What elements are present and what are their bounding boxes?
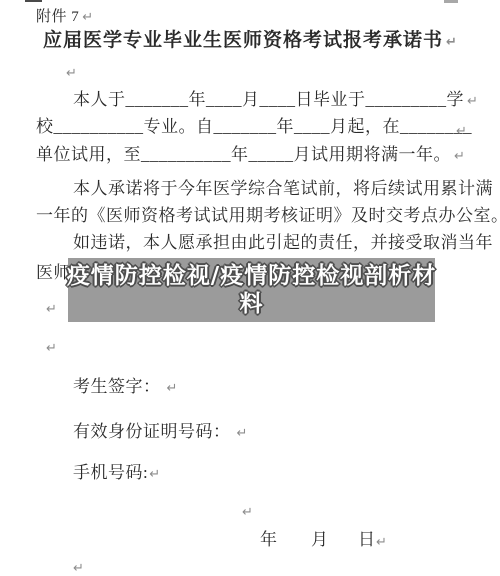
paragraph-return-icon: ↵ xyxy=(376,533,387,553)
paragraph-return-icon: ↵ xyxy=(46,302,57,317)
body-line: 本人于_______年____月____日毕业于_________学↵ xyxy=(73,90,478,112)
body-line-text: 如违诺，本人愿承担由此引起的责任，并接受取消当年 xyxy=(73,233,493,252)
paragraph-return-icon: ↵ xyxy=(242,505,253,520)
signature-field-label: 考生签字：↵ xyxy=(73,377,177,399)
paragraph-return-icon: ↵ xyxy=(446,35,457,50)
paragraph-return-icon: ↵ xyxy=(167,381,178,396)
id-number-label-text: 有效身份证明号码： xyxy=(73,422,231,441)
paragraph-return-icon: ↵ xyxy=(454,149,465,164)
page-top-left-mark xyxy=(25,0,42,2)
document-title: 应届医学专业毕业生医师资格考试报考承诺书↵ xyxy=(0,30,500,54)
body-line: 如违诺，本人愿承担由此引起的责任，并接受取消当年 xyxy=(73,233,493,253)
paragraph-return-icon: ↵ xyxy=(467,94,478,109)
id-number-field-label: 有效身份证明号码：↵ xyxy=(73,422,247,444)
phone-label-text: 手机号码: xyxy=(73,463,148,482)
empty-paragraph-mark: ↵ xyxy=(66,62,77,84)
paragraph-return-icon: ↵ xyxy=(237,426,248,441)
empty-paragraph-mark: ↵ xyxy=(242,501,253,523)
body-line-text: 一年的《医师资格考试试用期考核证明》及时交考点办公室。 xyxy=(36,206,500,225)
attachment-label: 附件 7↵ xyxy=(36,7,93,28)
body-line-text: 校__________专业。自_______年____月起，在________ xyxy=(36,117,472,136)
page-top-right-mark xyxy=(444,0,458,3)
body-line-text: 本人承诺将于今年医学综合笔试前，将后续试用累计满 xyxy=(73,179,493,198)
date-year-label: 年 xyxy=(260,530,278,550)
date-month-label: 月 xyxy=(311,530,329,550)
empty-paragraph-mark: ↵ xyxy=(46,298,57,320)
body-line-partially-covered: 医师 xyxy=(36,263,71,283)
overlay-banner-text-line2: 料 xyxy=(240,290,264,318)
empty-paragraph-mark: ↵ xyxy=(73,557,84,576)
document-page: 附件 7↵ 应届医学专业毕业生医师资格考试报考承诺书↵ ↵ 本人于_______… xyxy=(0,0,500,576)
empty-paragraph-mark: ↵ xyxy=(46,337,57,359)
paragraph-return-icon: ↵ xyxy=(66,66,77,81)
attachment-label-text: 附件 7 xyxy=(36,9,79,25)
body-line: 本人承诺将于今年医学综合笔试前，将后续试用累计满 xyxy=(73,179,493,199)
body-line: 一年的《医师资格考试试用期考核证明》及时交考点办公室。↵ xyxy=(36,206,500,228)
overlay-banner-text-line1: 疫情防控检视/疫情防控检视剖析材 xyxy=(67,262,436,290)
paragraph-return-icon: ↵ xyxy=(149,467,160,482)
phone-field-label: 手机号码:↵ xyxy=(73,463,160,485)
body-line: 校__________专业。自_______年____月起，在________ xyxy=(36,117,472,137)
body-line: 单位试用，至__________年_____月试用期将满一年。↵ xyxy=(36,145,465,167)
paragraph-return-icon: ↵ xyxy=(46,341,57,356)
body-line-text: 医师 xyxy=(36,263,71,282)
document-title-text: 应届医学专业毕业生医师资格考试报考承诺书 xyxy=(43,30,443,51)
overlay-ad-banner[interactable]: 疫情防控检视/疫情防控检视剖析材 料 xyxy=(68,258,435,322)
signature-label-text: 考生签字： xyxy=(73,377,161,396)
body-line-text: 本人于_______年____月____日毕业于_________学 xyxy=(73,90,464,109)
margin-return-mark: ↵ xyxy=(456,120,467,142)
body-line-text: 单位试用，至__________年_____月试用期将满一年。 xyxy=(36,145,451,164)
date-day-label: 日 xyxy=(358,530,376,550)
paragraph-return-icon: ↵ xyxy=(82,10,93,25)
paragraph-return-icon: ↵ xyxy=(456,124,467,139)
paragraph-return-icon: ↵ xyxy=(73,561,84,576)
